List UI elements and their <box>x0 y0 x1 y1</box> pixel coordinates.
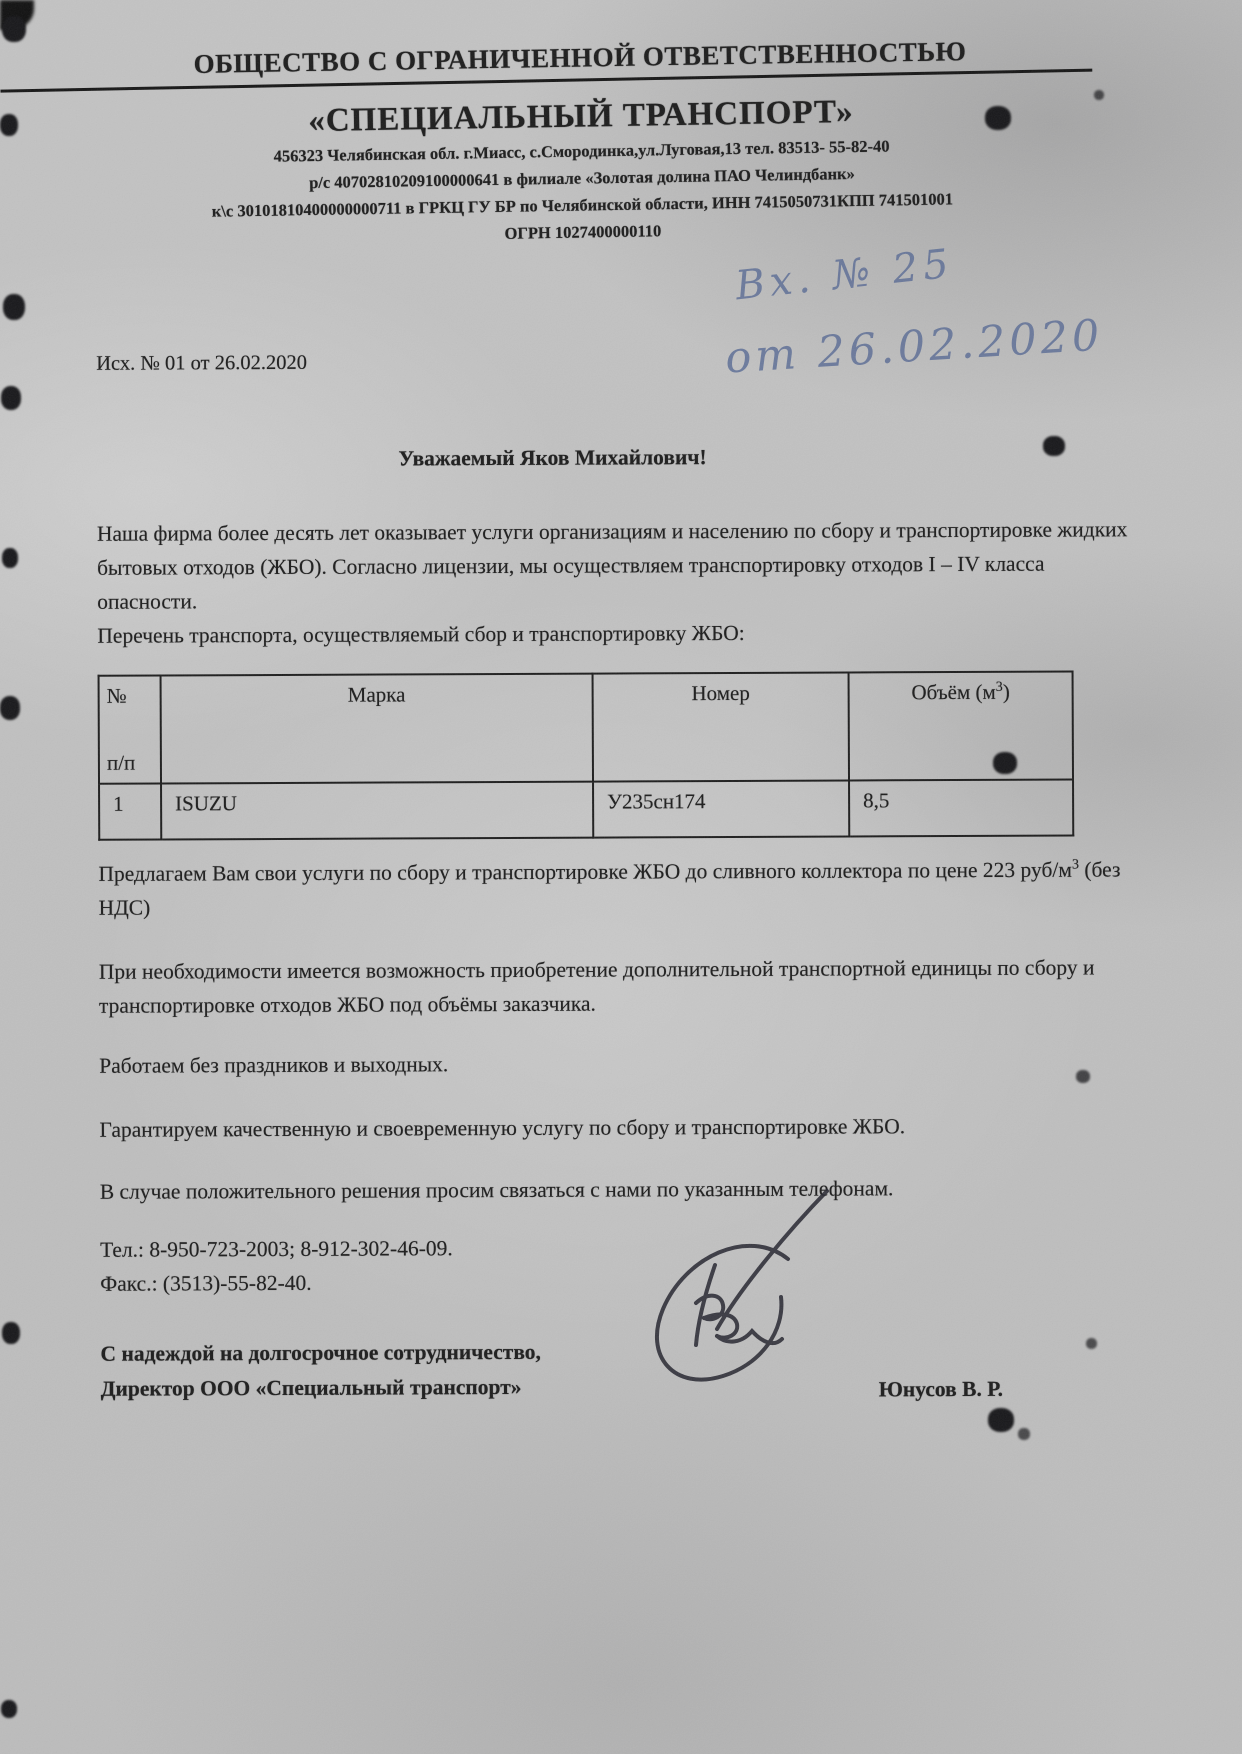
offer-paragraph: Предлагаем Вам свои услуги по сбору и тр… <box>98 848 1140 925</box>
scan-artifact <box>2 16 26 42</box>
fax-line: Факс.: (3513)-55-82-40. <box>100 1262 1142 1301</box>
schedule-paragraph: Работаем без праздников и выходных. <box>99 1044 1141 1083</box>
scan-artifact <box>1 386 21 410</box>
phone-line: Тел.: 8-950-723-2003; 8-912-302-46-09. <box>100 1228 1142 1267</box>
director-row: Директор ООО «Специальный транспорт» Юну… <box>101 1367 1143 1407</box>
letter-content: ОБЩЕСТВО С ОГРАНИЧЕННОЙ ОТВЕТСТВЕННОСТЬЮ… <box>0 47 1242 1408</box>
table-row: 1 ISUZU У235сн174 8,5 <box>99 779 1073 839</box>
org-type-heading: ОБЩЕСТВО С ОГРАНИЧЕННОЙ ОТВЕТСТВЕННОСТЬЮ <box>0 33 1160 83</box>
scan-artifact <box>1076 1070 1090 1083</box>
col-header-num-sign: № <box>107 684 153 709</box>
scan-artifact <box>2 548 18 568</box>
scan-artifact <box>2 1322 20 1344</box>
col-header-volume-suffix: ) <box>1003 680 1010 704</box>
scan-artifact <box>1 1700 17 1718</box>
fleet-table: № п/п Марка Номер Объём (м3) 1 ISUZU У23… <box>98 670 1075 840</box>
scanned-letter-page: ОБЩЕСТВО С ОГРАНИЧЕННОЙ ОТВЕТСТВЕННОСТЬЮ… <box>0 0 1242 1754</box>
additional-paragraph: При необходимости имеется возможность пр… <box>99 950 1141 1023</box>
intro-paragraph: Наша фирма более десять лет оказывает ус… <box>97 512 1139 619</box>
row-brand: ISUZU <box>163 784 591 838</box>
row-volume: 8,5 <box>851 782 1071 835</box>
col-header-volume: Объём (м3) <box>851 674 1071 779</box>
table-header-row: № п/п Марка Номер Объём (м3) <box>99 672 1073 784</box>
col-header-number: Номер <box>595 674 847 779</box>
offer-text-1: Предлагаем Вам свои услуги по сбору и тр… <box>98 858 1072 886</box>
salutation: Уважаемый Яков Михайлович! <box>97 443 1139 473</box>
scan-artifact <box>993 752 1017 774</box>
col-header-brand: Марка <box>163 676 591 782</box>
scan-artifact <box>1094 90 1104 100</box>
list-intro-paragraph: Перечень транспорта, осуществляемый сбор… <box>97 614 1139 653</box>
director-title: Директор ООО «Специальный транспорт» <box>101 1375 522 1401</box>
scan-artifact <box>0 696 20 720</box>
closing-line: С надеждой на долгосрочное сотрудничеств… <box>100 1332 1142 1372</box>
row-number: У235сн174 <box>595 782 847 835</box>
scan-artifact <box>1043 436 1065 456</box>
intro-text: Наша фирма более десять лет оказывает ус… <box>97 517 1128 613</box>
scan-artifact <box>0 114 18 136</box>
guarantee-paragraph: Гарантируем качественную и своевременную… <box>99 1108 1141 1147</box>
offer-sup: 3 <box>1072 857 1079 872</box>
col-header-volume-prefix: Объём (м <box>911 680 995 704</box>
scan-artifact <box>988 1408 1014 1432</box>
row-num: 1 <box>101 785 159 837</box>
closing-block: С надеждой на долгосрочное сотрудничеств… <box>100 1332 1142 1407</box>
scan-artifact <box>1086 1338 1097 1349</box>
scan-artifact <box>1018 1428 1030 1440</box>
closing-request-paragraph: В случае положительного решения просим с… <box>100 1170 1142 1209</box>
scan-artifact <box>985 106 1011 130</box>
letterhead: ОБЩЕСТВО С ОГРАНИЧЕННОЙ ОТВЕТСТВЕННОСТЬЮ… <box>0 32 1235 253</box>
scan-artifact <box>3 294 25 320</box>
col-header-num-pp: п/п <box>107 751 153 776</box>
signer-name: Юнусов В. Р. <box>879 1372 1003 1408</box>
